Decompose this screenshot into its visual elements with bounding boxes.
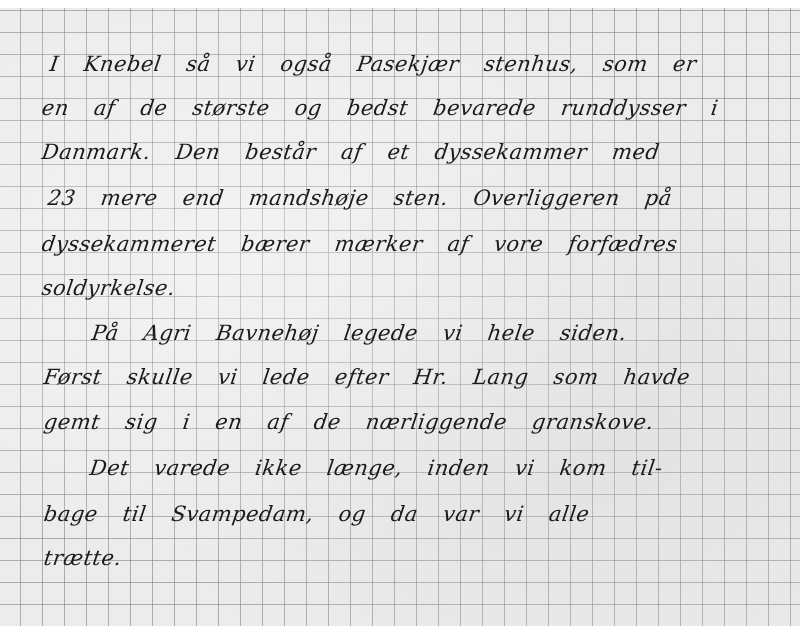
text-line: bage til Svampedam, og da var vi alle: [42, 502, 591, 526]
text-line: Først skulle vi lede efter Hr. Lang som …: [42, 365, 691, 389]
text-line: I Knebel så vi også Pasekjær stenhus, so…: [48, 52, 698, 76]
text-line: trætte.: [42, 546, 123, 570]
text-line: På Agri Bavnehøj legede vi hele siden.: [90, 321, 628, 345]
text-line: 23 mere end mandshøje sten. Overliggeren…: [46, 186, 673, 210]
grid-paper-page: I Knebel så vi også Pasekjær stenhus, so…: [0, 8, 800, 626]
text-line: en af de største og bedst bevarede rundd…: [40, 96, 720, 120]
text-line: Det varede ikke længe, inden vi kom til-: [88, 456, 664, 480]
text-line: Danmark. Den består af et dyssekammer me…: [40, 140, 661, 164]
text-line: gemt sig i en af de nærliggende granskov…: [42, 410, 655, 434]
text-line: dyssekammeret bærer mærker af vore forfæ…: [40, 232, 679, 256]
text-line: soldyrkelse.: [40, 276, 177, 300]
